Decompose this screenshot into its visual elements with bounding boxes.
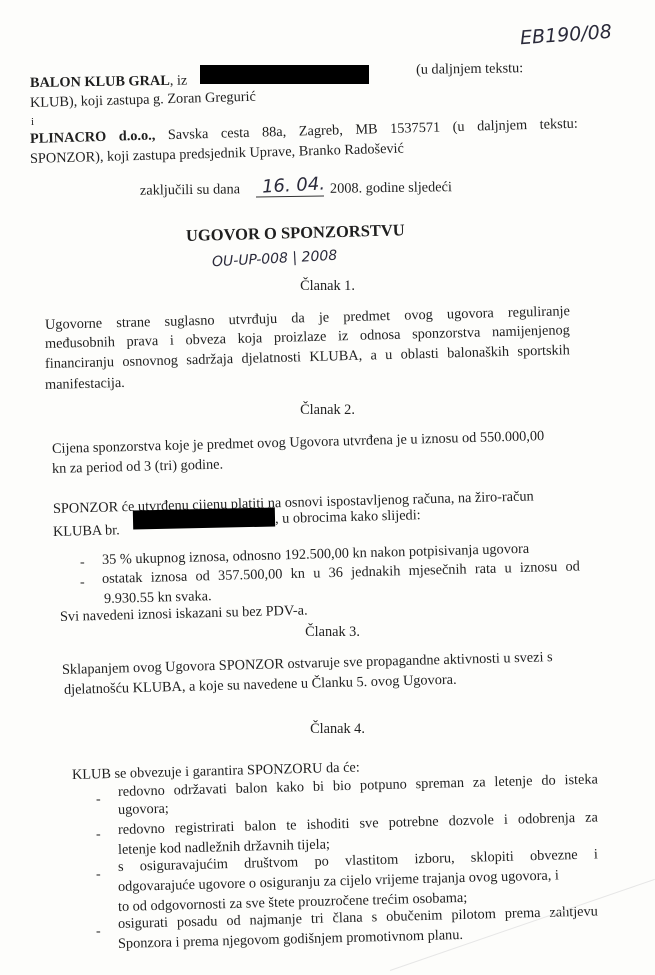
club-line-1: BALON KLUB GRAL, iz [30, 74, 188, 91]
handwritten-signing-date: 16. 04. [261, 173, 325, 197]
article-2-para-2-line-2-suffix: , u obrocima kako slijedi: [275, 508, 421, 526]
article-1-line-4: manifestacija. [45, 376, 125, 392]
handwritten-contract-number: OU-UP-008 | 2008 [212, 248, 338, 271]
article-4-bullet-1-line-2: ugovora; [118, 802, 169, 818]
article-1-heading: Članak 1. [0, 279, 655, 293]
article-4-bullet-4-line-2: Sponzora i prema njegovom godišnjem prom… [118, 928, 463, 951]
article-3-line-1: Sklapanjem ovog Ugovora SPONZOR ostvaruj… [62, 650, 553, 677]
sponsor-address: Savska cesta 88a, Zagreb, MB 1537571 (u … [168, 116, 578, 143]
redacted-account-number [133, 508, 275, 530]
article-2-para-2-line-2-prefix: KLUBA br. [53, 523, 120, 539]
contract-title: UGOVOR O SPONZORSTVU [186, 222, 405, 244]
bullet-dash: - [96, 793, 101, 807]
scanned-contract-page: EB190/08 BALON KLUB GRAL, iz (u daljnjem… [0, 0, 655, 975]
article-2-note: Svi navedeni iznosi iskazani su bez PDV-… [60, 604, 308, 625]
concluded-suffix: 2008. godine sljedeći [330, 180, 452, 196]
redacted-club-address [200, 65, 369, 84]
article-2-para-1-line-1: Cijena sponzorstva koje je predmet ovog … [52, 429, 545, 456]
article-3-heading: Članak 3. [0, 625, 655, 639]
sponsor-line-1: PLINACRO d.o.o., Savska cesta 88a, Zagre… [30, 117, 578, 147]
article-2-heading: Članak 2. [0, 403, 655, 417]
bullet-dash: - [96, 828, 101, 842]
bullet-dash: - [96, 868, 101, 882]
article-4-bullet-2-line-1: redovno registrirati balon te ishoditi s… [118, 810, 598, 837]
club-name: BALON KLUB GRAL [30, 73, 170, 91]
bullet-dash: - [80, 576, 85, 590]
sponsor-name: PLINACRO d.o.o., [30, 128, 156, 147]
club-line-1-tail: (u daljnjem tekstu: [416, 61, 523, 77]
club-line-2: KLUB), koji zastupa g. Zoran Gregurić [30, 90, 256, 111]
club-from: , iz [170, 73, 188, 89]
article-2-bullet-2-line-2: 9.930.55 kn svaka. [104, 589, 212, 606]
article-4-heading: Članak 4. [0, 722, 655, 736]
bullet-dash: - [96, 925, 101, 939]
concluded-prefix: zaključili su dana [140, 182, 240, 198]
article-2-para-1-line-2: kn za period od 3 (tri) godine. [52, 458, 223, 477]
bullet-dash: - [80, 556, 85, 570]
handwritten-reference: EB190/08 [519, 21, 612, 49]
conjunction: i [31, 117, 34, 128]
